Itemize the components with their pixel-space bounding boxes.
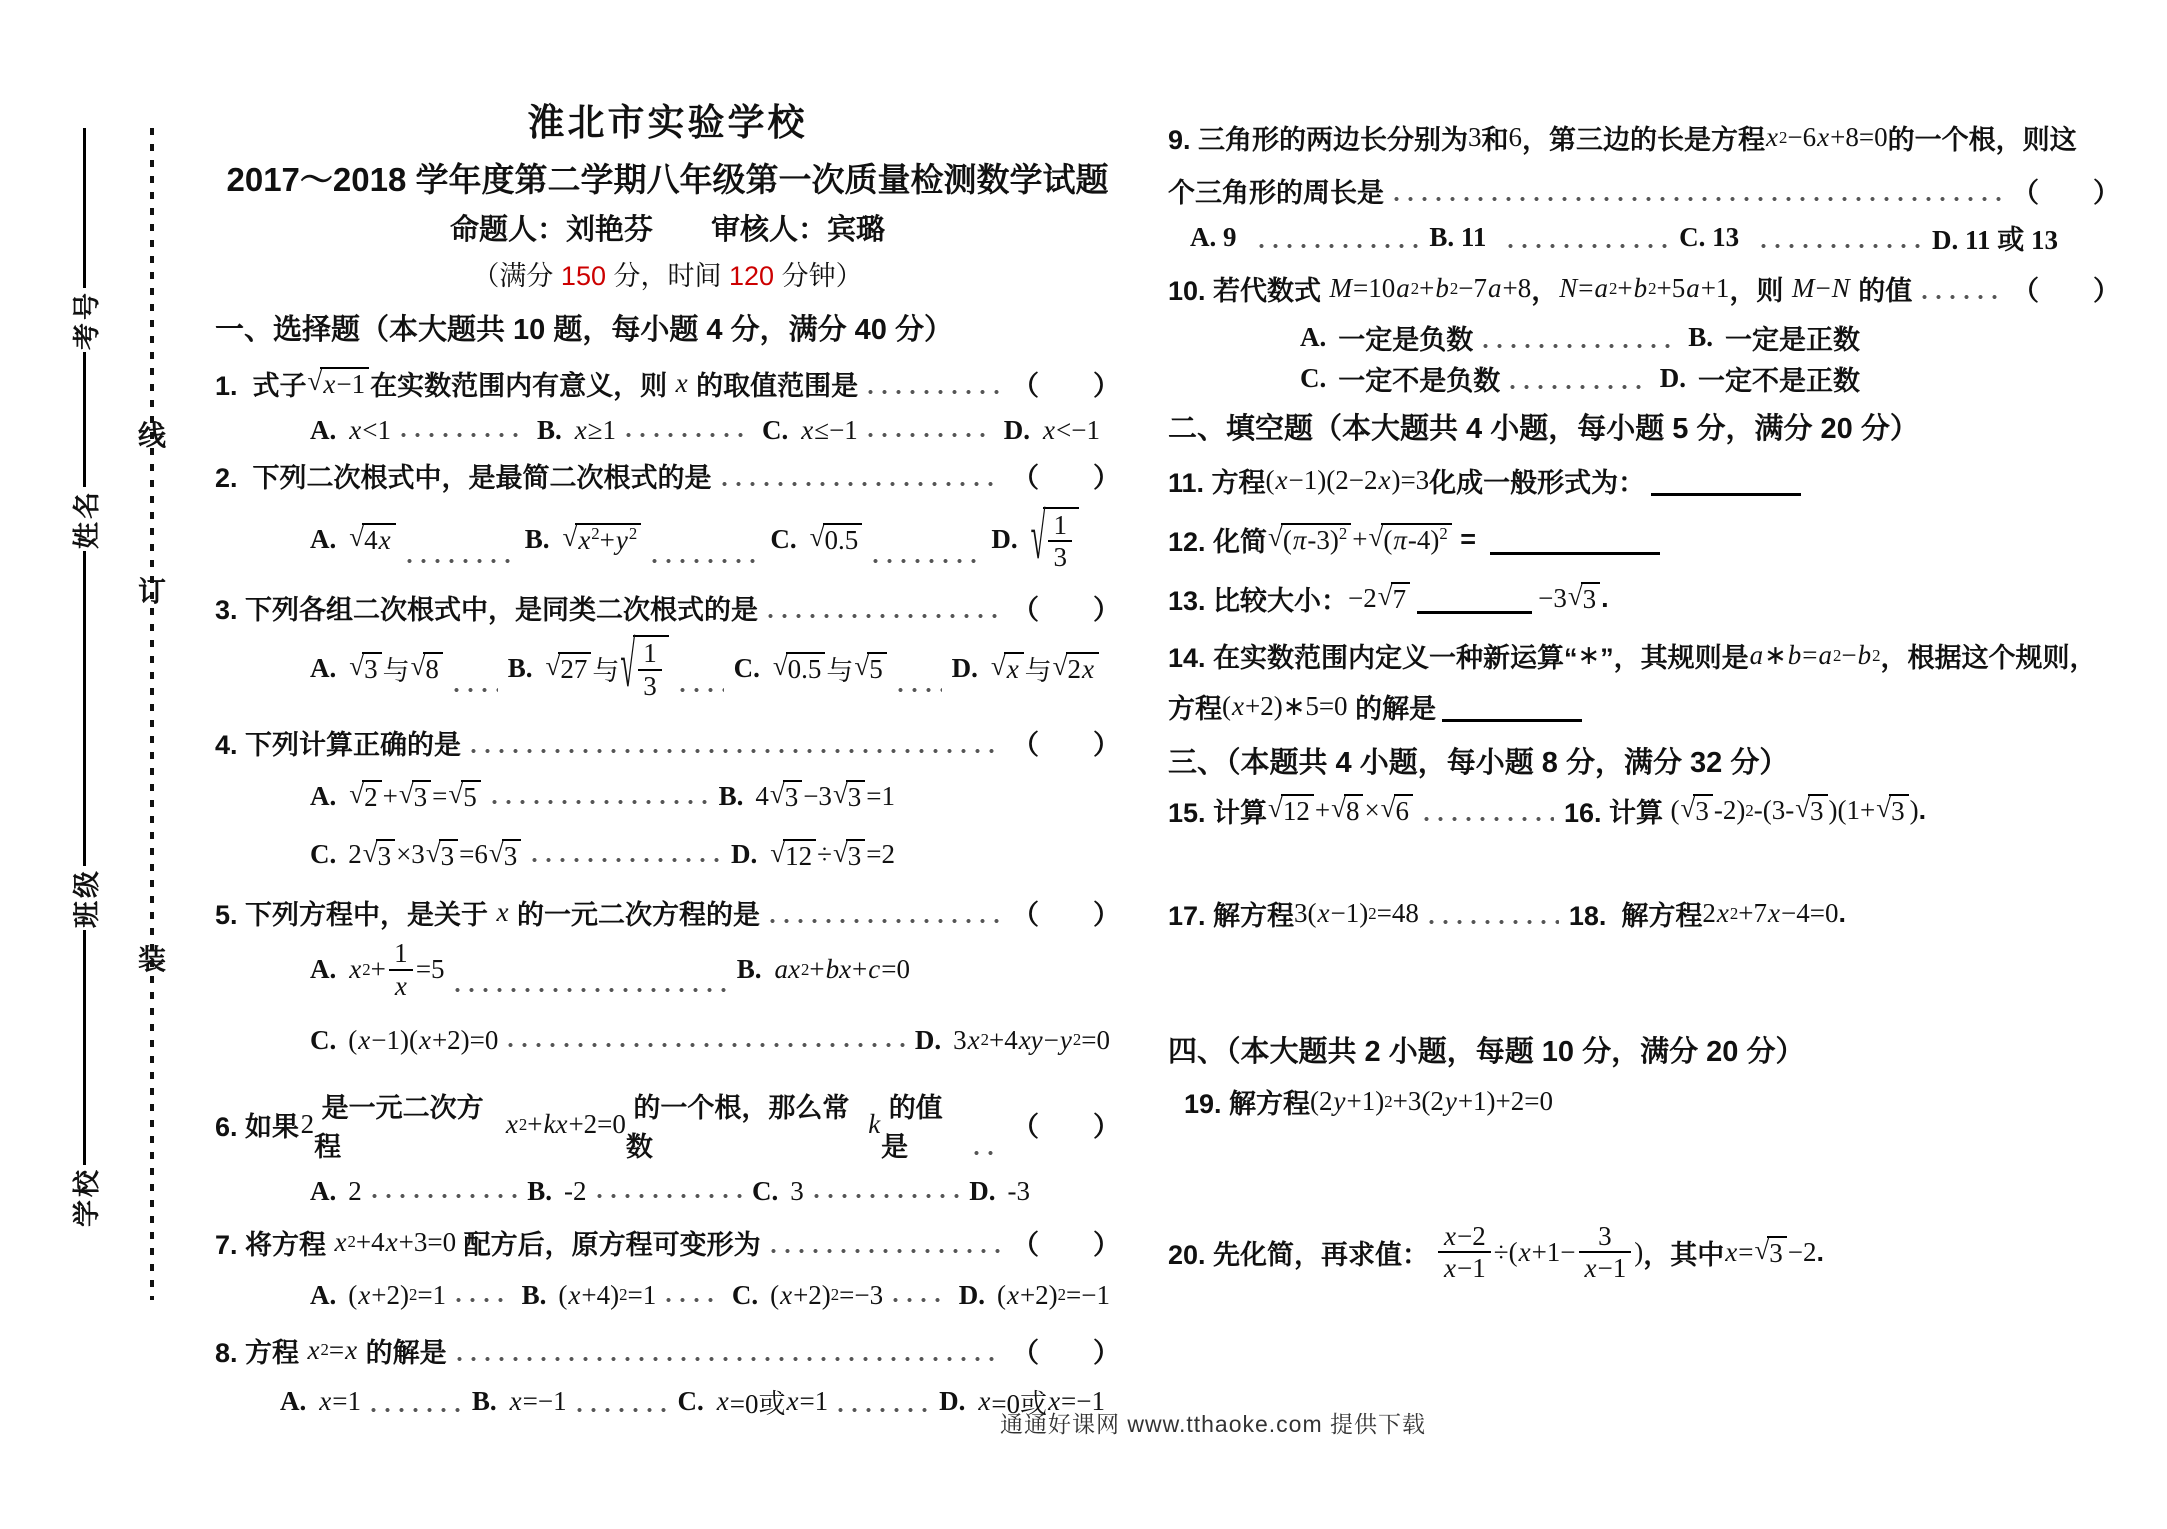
dots-leader xyxy=(893,1293,949,1305)
q10-options-row2: C.一定不是负数D.一定不是正数 xyxy=(1168,359,2120,398)
answer-brackets: （ ） xyxy=(1012,893,1120,932)
section-2-text: 二、填空题（本大题共 4 小题，每小题 5 分，满分 20 分） xyxy=(1168,413,1919,445)
dots-leader xyxy=(770,914,1002,926)
q5-options-row2: C.(x−1)(x+2)=0D.3x2+4xy−y2=0 xyxy=(215,1025,1120,1056)
question-13-formula: −3√3 xyxy=(1538,582,1601,615)
option-label: D. xyxy=(915,1025,941,1056)
question-10-text: 10. 若代数式 xyxy=(1168,269,1329,308)
question-14-line1-text: ，根据这个规则， xyxy=(1881,636,2097,675)
answer-blank xyxy=(1651,465,1801,496)
right-column: 9. 三角形的两边长分别为3和6，第三边的长是方程x2−6x+8=0的一个根，则… xyxy=(1168,0,2120,1283)
q3-options-item-B: B.√27 与√13 xyxy=(508,635,670,700)
q4-options-row2: C.2√3×3√3=6√3D.√12÷√3=2 xyxy=(215,839,1120,872)
option-formula: √x 与√2x xyxy=(990,649,1100,688)
option-label: D. xyxy=(969,1176,995,1207)
q10-options-row1: A.一定是负数B.一定是正数 xyxy=(1168,318,2120,357)
q7-options-item-B: B.(x+4)2=1 xyxy=(522,1280,657,1311)
q5-options-row2-item-A: C.(x−1)(x+2)=0 xyxy=(310,1025,498,1056)
question-14-line1: 14. 在实数范围内定义一种新运算“∗”，其规则是a∗b=a2−b2，根据这个规… xyxy=(1168,636,2120,675)
question-12-text: 12. 化简 xyxy=(1168,520,1267,559)
score-prefix: （满分 xyxy=(472,261,561,291)
q3-options-item-C: C.√0.5 与√5 xyxy=(734,649,888,688)
option-formula: √0.5 与√5 xyxy=(772,649,888,688)
dots-leader xyxy=(652,554,760,566)
q9-options-item-C: C. 13 xyxy=(1679,222,1751,253)
option-formula: √2+√3=√5 xyxy=(348,780,481,813)
option-label: C. xyxy=(770,524,796,555)
dots-leader xyxy=(771,1244,1002,1256)
option-formula: x=−1 xyxy=(509,1386,567,1417)
question-9-line2: 个三角形的周长是（ ） xyxy=(1168,171,2120,210)
left-column: 淮北市实验学校 2017～2018 学年度第二学期八年级第一次质量检测数学试题 … xyxy=(215,0,1120,1421)
q1-options-item-D: D.x<−1 xyxy=(1004,415,1100,446)
option-label: D. xyxy=(959,1280,985,1311)
question-15-16-formula: √12+√8×√6 xyxy=(1267,794,1414,827)
question-2-text: 2. 下列二次根式中，是最简二次根式的是 xyxy=(215,456,712,495)
q8-options: A.x=1B.x=−1C.x=0或x=1D.x=0或x=−1 xyxy=(215,1382,1120,1421)
q8-options-item-A: A.x=1 xyxy=(280,1386,361,1417)
question-9-line1-formula: 3 xyxy=(1468,122,1482,153)
option-formula: x≥1 xyxy=(574,415,616,446)
option-text: 一定不是正数 xyxy=(1698,359,1860,398)
question-8-text: 8. 方程 xyxy=(215,1331,307,1370)
dots-leader xyxy=(455,983,727,995)
exam-paper: 学校 班级 姓名 考号 线 订 装 淮北市实验学校 2017～2018 学年度第… xyxy=(0,0,2167,1529)
fill-in-line xyxy=(83,930,86,1165)
question-6-formula: k xyxy=(867,1109,881,1140)
dots-leader xyxy=(1483,339,1678,351)
option-formula: x=0或x=1 xyxy=(716,1382,828,1421)
question-6-text: 的值是 xyxy=(881,1086,964,1164)
q9-options: A. 9B. 11C. 13D. 11 或 13 xyxy=(1168,218,2120,257)
dots-leader xyxy=(532,853,721,865)
dots-leader xyxy=(577,1403,668,1415)
q4-options-row1-item-A: A.√2+√3=√5 xyxy=(310,780,482,813)
q8-options-item-B: B.x=−1 xyxy=(472,1386,567,1417)
option-formula: √3 与√8 xyxy=(348,649,444,688)
option-formula: x<−1 xyxy=(1042,415,1100,446)
option-label: B. xyxy=(525,524,550,555)
q2-options-item-D: D.√13 xyxy=(991,507,1080,572)
option-formula: 2 xyxy=(348,1176,362,1207)
option-label: A. xyxy=(280,1386,306,1417)
question-19: 19. 解方程(2y+1)2+3(2y+1)+2=0 xyxy=(1168,1082,2120,1121)
answer-brackets: （ ） xyxy=(1012,588,1120,627)
dots-leader xyxy=(1429,915,1559,927)
option-label: C. xyxy=(762,415,788,446)
question-9-line1: 9. 三角形的两边长分别为3和6，第三边的长是方程x2−6x+8=0的一个根，则… xyxy=(1168,118,2120,157)
answer-brackets: （ ） xyxy=(1012,364,1120,403)
question-9-line1-text: 和 xyxy=(1482,118,1509,157)
option-label: B. xyxy=(737,954,762,985)
q1-options-item-A: A.x<1 xyxy=(310,415,391,446)
q1-options-item-B: B.x≥1 xyxy=(537,415,616,446)
section-1-text: 一、选择题（本大题共 10 题，每小题 4 分，满分 40 分） xyxy=(215,314,953,346)
fill-in-line xyxy=(83,551,86,866)
option-formula: √13 xyxy=(1030,507,1080,572)
option-formula: -2 xyxy=(564,1176,587,1207)
option-label: D. xyxy=(939,1386,965,1417)
question-19-formula: (2y+1)2+3(2y+1)+2=0 xyxy=(1310,1086,1553,1117)
q7-options: A.(x+2)2=1B.(x+4)2=1C.(x+2)2=−3D.(x+2)2=… xyxy=(215,1280,1120,1311)
question-17-18-text: 17. 解方程 xyxy=(1168,894,1294,933)
option-label: A. xyxy=(310,781,336,812)
question-10-text: ， xyxy=(1531,269,1558,308)
q6-options-item-D: D.-3 xyxy=(969,1176,1030,1207)
q7-options-item-D: D.(x+2)2=−1 xyxy=(959,1280,1110,1311)
option-label: B. xyxy=(508,653,533,684)
dots-leader xyxy=(508,1038,904,1050)
question-19-text: 19. 解方程 xyxy=(1184,1082,1310,1121)
q9-options-item-D: D. 11 或 13 xyxy=(1932,218,2070,257)
question-20-text: . xyxy=(1817,1237,1825,1268)
question-2: 2. 下列二次根式中，是最简二次根式的是（ ） xyxy=(215,456,1120,495)
q5-options-row1-item-A: A.x2+1x=5 xyxy=(310,938,445,1000)
option-formula: (x+2)2=1 xyxy=(348,1280,446,1311)
question-1-text: 的取值范围是 xyxy=(689,364,859,403)
question-15-16-text: 16. 计算 xyxy=(1564,791,1671,830)
time-limit: 120 xyxy=(729,261,774,291)
dots-leader xyxy=(1761,239,1922,251)
option-text: 一定是正数 xyxy=(1725,318,1860,357)
dots-leader xyxy=(471,744,1002,756)
q4-options-row1: A.√2+√3=√5B.4√3−3√3=1 xyxy=(215,780,1120,813)
dots-leader xyxy=(814,1189,960,1201)
q3-options-item-A: A.√3 与√8 xyxy=(310,649,444,688)
option-label: B. xyxy=(522,1280,547,1311)
section-4-text: 四、（本大题共 2 小题，每题 10 分，满分 20 分） xyxy=(1168,1036,1805,1068)
binding-dashed-line xyxy=(150,128,154,1300)
question-1-formula: x xyxy=(675,368,689,399)
q1-options-item-C: C.x≤−1 xyxy=(762,415,858,446)
answer-blank xyxy=(1442,691,1582,722)
question-10-text: ，则 xyxy=(1729,269,1791,308)
dots-leader xyxy=(873,554,981,566)
question-20-text: ，其中 xyxy=(1643,1233,1724,1272)
option-label: A. xyxy=(310,653,336,684)
dots-leader xyxy=(492,795,709,807)
dots-leader xyxy=(868,428,994,440)
question-10-text: 的值 xyxy=(1851,269,1913,308)
question-14-line2-text: 的解是 xyxy=(1348,687,1437,726)
exam-title: 2017～2018 学年度第二学期八年级第一次质量检测数学试题 xyxy=(215,154,1120,201)
q9-options-item-A: A. 9 xyxy=(1190,222,1249,253)
question-10: 10. 若代数式 M=10a2+b2−7a+8，N=a2+b2+5a+1，则 M… xyxy=(1168,269,2120,308)
option-text: 一定不是负数 xyxy=(1338,359,1500,398)
option-formula: 4√3−3√3=1 xyxy=(755,780,895,813)
answer-brackets: （ ） xyxy=(1012,723,1120,762)
score-suffix: 分钟） xyxy=(774,261,863,291)
question-15-16-text: . xyxy=(1919,795,1927,826)
q3-options-item-D: D.√x 与√2x xyxy=(952,649,1100,688)
q1-options: A.x<1B.x≥1C.x≤−1D.x<−1 xyxy=(215,415,1120,446)
question-10-formula: M=10a2+b2−7a+8 xyxy=(1329,273,1532,304)
margin-label-name: 姓名 xyxy=(65,489,104,549)
binding-char-xian: 线 xyxy=(134,414,170,454)
question-6-text: 是一元二次方程 xyxy=(314,1086,505,1164)
option-formula: √4x xyxy=(348,523,396,556)
question-1-formula: √x−1 xyxy=(307,367,371,400)
option-formula: (x+2)2=−3 xyxy=(770,1280,883,1311)
q6-options-item-C: C.3 xyxy=(752,1176,804,1207)
question-12-text: = xyxy=(1453,524,1476,555)
dots-leader xyxy=(722,477,1002,489)
exam-authors: 命题人：刘艳芬 审核人：宾璐 xyxy=(215,207,1120,248)
dots-leader xyxy=(371,1403,462,1415)
q4-options-row2-item-A: C.2√3×3√3=6√3 xyxy=(310,839,522,872)
question-13-formula: −2√7 xyxy=(1348,582,1411,615)
dots-leader xyxy=(1424,812,1554,824)
question-5-formula: x xyxy=(496,897,510,928)
question-9-line1-formula: 6 xyxy=(1509,122,1523,153)
question-14-line1-text: 14. 在实数范围内定义一种新运算“ xyxy=(1168,636,1578,675)
question-20-text: 20. 先化简，再求值： xyxy=(1168,1233,1429,1272)
question-20-formula: x−2x−1÷(x+1−3x−1) xyxy=(1435,1221,1643,1283)
option-formula: x<1 xyxy=(348,415,391,446)
answer-brackets: （ ） xyxy=(2012,269,2120,308)
question-4: 4. 下列计算正确的是（ ） xyxy=(215,723,1120,762)
question-1-text: 1. 式子 xyxy=(215,364,307,403)
option-label: D. 11 或 13 xyxy=(1932,218,2058,257)
question-11: 11. 方程(x−1)(2−2x)=3化成一般形式为： xyxy=(1168,461,2120,500)
option-label: B. xyxy=(537,415,562,446)
dots-leader xyxy=(457,1352,1002,1364)
option-label: D. xyxy=(952,653,978,684)
answer-brackets: （ ） xyxy=(1012,1331,1120,1370)
score-mid: 分，时间 xyxy=(606,261,729,291)
option-label: D. xyxy=(1004,415,1030,446)
q5-options-row1-item-B: B.ax2+bx+c=0 xyxy=(737,954,910,985)
dots-leader xyxy=(974,1146,1002,1158)
q8-options-item-C: C.x=0或x=1 xyxy=(678,1382,829,1421)
q6-options-item-A: A.2 xyxy=(310,1176,362,1207)
question-14-line2-text: 方程 xyxy=(1168,687,1222,726)
margin-fill-in-strip: 学校 班级 姓名 考号 xyxy=(62,122,106,1262)
question-6: 6. 如果 2 是一元二次方程 x2+kx+2=0 的一个根，那么常数 k 的值… xyxy=(215,1086,1120,1164)
section-2: 二、填空题（本大题共 4 小题，每小题 5 分，满分 20 分） xyxy=(1168,406,2120,447)
question-14-line1-formula: ∗ xyxy=(1578,640,1601,671)
question-8-formula: x2=x xyxy=(307,1335,359,1366)
q10-options-row2-item-B: D.一定不是正数 xyxy=(1660,359,1860,398)
answer-brackets: （ ） xyxy=(2012,171,2120,210)
q2-options: A.√4xB.√x2+y2C.√0.5D.√13 xyxy=(215,507,1120,572)
fill-in-line xyxy=(83,128,86,288)
q5-options-row2-item-B: D.3x2+4xy−y2=0 xyxy=(915,1025,1110,1056)
question-9-line1-text: 的一个根，则这 xyxy=(1888,118,2077,157)
question-5: 5. 下列方程中，是关于 x 的一元二次方程的是（ ） xyxy=(215,893,1120,932)
option-label: B. xyxy=(719,781,744,812)
option-formula: x≤−1 xyxy=(800,415,858,446)
question-4-text: 4. 下列计算正确的是 xyxy=(215,723,461,762)
question-20: 20. 先化简，再求值：x−2x−1÷(x+1−3x−1)，其中x=√3−2. xyxy=(1168,1221,2120,1283)
question-17-18-formula: 3(x−1)2=48 xyxy=(1294,898,1419,929)
q3-options: A.√3 与√8B.√27 与√13C.√0.5 与√5D.√x 与√2x xyxy=(215,635,1120,700)
q10-options-row1-item-B: B.一定是正数 xyxy=(1688,318,1860,357)
school-name: 淮北市实验学校 xyxy=(215,92,1120,146)
option-formula: 2√3×3√3=6√3 xyxy=(348,839,522,872)
dots-leader xyxy=(454,683,498,695)
option-label: B. xyxy=(527,1176,552,1207)
option-formula: x=1 xyxy=(318,1386,361,1417)
margin-label-examno: 考号 xyxy=(65,290,104,350)
option-formula: √12÷√3=2 xyxy=(769,839,895,872)
fill-in-line xyxy=(83,352,86,487)
question-15-16: 15. 计算√12+√8×√616. 计算 (√3-2)2-(3-√3)(1+√… xyxy=(1168,791,2120,830)
question-13: 13. 比较大小：−2√7−3√3. xyxy=(1168,579,2120,618)
answer-brackets: （ ） xyxy=(1012,1223,1120,1262)
section-4: 四、（本大题共 2 小题，每题 10 分，满分 20 分） xyxy=(1168,1029,2120,1070)
option-label: C. xyxy=(678,1386,704,1417)
dots-leader xyxy=(1394,192,2002,204)
option-label: A. xyxy=(310,954,336,985)
dots-leader xyxy=(1508,239,1669,251)
question-13-text: 13. 比较大小： xyxy=(1168,579,1348,618)
question-17-18: 17. 解方程3(x−1)2=4818. 解方程2x2+7x−4=0. xyxy=(1168,894,2120,933)
option-formula: 3x2+4xy−y2=0 xyxy=(953,1025,1110,1056)
question-11-text: 11. 方程 xyxy=(1168,461,1266,500)
question-17-18-formula: 2x2+7x−4=0 xyxy=(1702,898,1838,929)
answer-brackets: （ ） xyxy=(1012,456,1120,495)
binding-char-ding: 订 xyxy=(134,570,170,610)
dots-leader xyxy=(401,428,527,440)
q10-options-row1-item-A: A.一定是负数 xyxy=(1300,318,1473,357)
dots-leader xyxy=(680,683,724,695)
dots-leader xyxy=(768,609,1002,621)
q6-options-item-B: B.-2 xyxy=(527,1176,586,1207)
margin-label-class: 班级 xyxy=(65,868,104,928)
q2-options-item-C: C.√0.5 xyxy=(770,523,863,556)
question-14-line2: 方程(x+2)∗5=0 的解是 xyxy=(1168,687,2120,726)
option-formula: √0.5 xyxy=(809,523,864,556)
question-20-formula: x=√3−2 xyxy=(1724,1236,1816,1269)
score-time-line: （满分 150 分，时间 120 分钟） xyxy=(215,254,1120,293)
option-formula: x2+1x=5 xyxy=(348,938,444,1000)
q7-options-item-C: C.(x+2)2=−3 xyxy=(732,1280,883,1311)
question-15-16-text: 15. 计算 xyxy=(1168,791,1267,830)
section-3-text: 三、（本题共 4 小题，每小题 8 分，满分 32 分） xyxy=(1168,747,1788,779)
option-label: C. 13 xyxy=(1679,222,1739,253)
option-formula: -3 xyxy=(1008,1176,1031,1207)
q7-options-item-A: A.(x+2)2=1 xyxy=(310,1280,446,1311)
question-17-18-text: . xyxy=(1838,898,1846,929)
option-label: C. xyxy=(310,1025,336,1056)
q9-options-item-B: B. 11 xyxy=(1429,222,1498,253)
q6-options: A.2B.-2C.3D.-3 xyxy=(215,1176,1120,1207)
question-14-line1-formula: a∗b=a2−b2 xyxy=(1749,640,1881,671)
question-9-line2-text: 个三角形的周长是 xyxy=(1168,171,1384,210)
dots-leader xyxy=(666,1293,722,1305)
total-score: 150 xyxy=(561,261,606,291)
question-10-formula: N=a2+b2+5a+1 xyxy=(1558,273,1729,304)
question-7: 7. 将方程 x2+4x+3=0 配方后，原方程可变形为（ ） xyxy=(215,1223,1120,1262)
dots-leader xyxy=(1922,290,2002,302)
question-8: 8. 方程 x2=x 的解是（ ） xyxy=(215,1331,1120,1370)
dots-leader xyxy=(1259,239,1420,251)
q2-options-item-A: A.√4x xyxy=(310,523,397,556)
option-label: B. xyxy=(472,1386,497,1417)
question-9-line1-formula: x2−6x+8=0 xyxy=(1765,122,1888,153)
q4-options-row2-item-B: D.√12÷√3=2 xyxy=(731,839,895,872)
question-3: 3. 下列各组二次根式中，是同类二次根式的是（ ） xyxy=(215,588,1120,627)
option-text: 一定是负数 xyxy=(1338,318,1473,357)
option-label: B. xyxy=(1688,322,1713,353)
dots-leader xyxy=(898,683,942,695)
question-11-formula: (x−1)(2−2x)=3 xyxy=(1266,465,1430,496)
question-6-formula: 2 xyxy=(301,1109,315,1140)
question-9-line1-text: 9. 三角形的两边长分别为 xyxy=(1168,118,1468,157)
option-label: C. xyxy=(310,839,336,870)
dots-leader xyxy=(407,554,515,566)
option-label: B. 11 xyxy=(1429,222,1486,253)
dots-leader xyxy=(868,385,1002,397)
option-label: C. xyxy=(732,1280,758,1311)
question-9-line1-text: ，第三边的长是方程 xyxy=(1522,118,1765,157)
dots-leader xyxy=(456,1293,512,1305)
option-label: D. xyxy=(991,524,1017,555)
question-12: 12. 化简√(π-3)2+√(π-4)2 = xyxy=(1168,520,2120,559)
question-5-text: 的一元二次方程的是 xyxy=(510,893,761,932)
option-label: A. xyxy=(1300,322,1326,353)
section-3: 三、（本题共 4 小题，每小题 8 分，满分 32 分） xyxy=(1168,740,2120,781)
question-8-text: 的解是 xyxy=(358,1331,447,1370)
option-label: C. xyxy=(752,1176,778,1207)
q10-options-row2-item-A: C.一定不是负数 xyxy=(1300,359,1500,398)
option-label: D. xyxy=(731,839,757,870)
answer-blank xyxy=(1490,524,1660,555)
question-1-text: 在实数范围内有意义，则 xyxy=(370,364,675,403)
option-formula: (x+4)2=1 xyxy=(558,1280,656,1311)
question-14-line2-formula: (x+2)∗5=0 xyxy=(1222,691,1348,722)
option-label: A. xyxy=(310,524,336,555)
option-label: A. 9 xyxy=(1190,222,1237,253)
question-7-text: 7. 将方程 xyxy=(215,1223,334,1262)
question-7-formula: x2+4x+3=0 xyxy=(334,1227,457,1258)
dots-leader xyxy=(838,1403,929,1415)
margin-label-school: 学校 xyxy=(65,1167,104,1227)
option-label: A. xyxy=(310,415,336,446)
question-12-formula: √(π-3)2+√(π-4)2 xyxy=(1267,523,1453,556)
q5-options-row1: A.x2+1x=5B.ax2+bx+c=0 xyxy=(215,938,1120,1000)
question-15-16-formula: (√3-2)2-(3-√3)(1+√3) xyxy=(1671,794,1919,827)
question-17-18-text: 18. 解方程 xyxy=(1569,894,1703,933)
question-3-text: 3. 下列各组二次根式中，是同类二次根式的是 xyxy=(215,588,758,627)
option-formula: (x+2)2=−1 xyxy=(997,1280,1110,1311)
option-label: C. xyxy=(1300,363,1326,394)
question-11-text: 化成一般形式为： xyxy=(1429,461,1645,500)
footer-download-note: 通通好课网 www.tthaoke.com 提供下载 xyxy=(1000,1406,1426,1439)
question-6-formula: x2+kx+2=0 xyxy=(505,1109,626,1140)
option-label: C. xyxy=(734,653,760,684)
dots-leader xyxy=(1510,380,1650,392)
question-7-text: 配方后，原方程可变形为 xyxy=(456,1223,761,1262)
option-formula: (x−1)(x+2)=0 xyxy=(348,1025,498,1056)
binding-char-zhuang: 装 xyxy=(134,938,170,978)
answer-blank xyxy=(1417,583,1532,614)
question-6-text: 6. 如果 xyxy=(215,1105,301,1144)
q4-options-row1-item-B: B.4√3−3√3=1 xyxy=(719,780,895,813)
section-1: 一、选择题（本大题共 10 题，每小题 4 分，满分 40 分） xyxy=(215,307,1120,348)
question-5-text: 5. 下列方程中，是关于 xyxy=(215,893,496,932)
option-label: A. xyxy=(310,1176,336,1207)
option-formula: 3 xyxy=(790,1176,804,1207)
question-1: 1. 式子√x−1在实数范围内有意义，则 x 的取值范围是（ ） xyxy=(215,364,1120,403)
question-6-text: 的一个根，那么常数 xyxy=(626,1086,867,1164)
option-label: A. xyxy=(310,1280,336,1311)
option-formula: ax2+bx+c=0 xyxy=(773,954,910,985)
question-13-text: . xyxy=(1601,583,1609,614)
option-formula: √27 与√13 xyxy=(545,635,670,700)
option-label: D. xyxy=(1660,363,1686,394)
